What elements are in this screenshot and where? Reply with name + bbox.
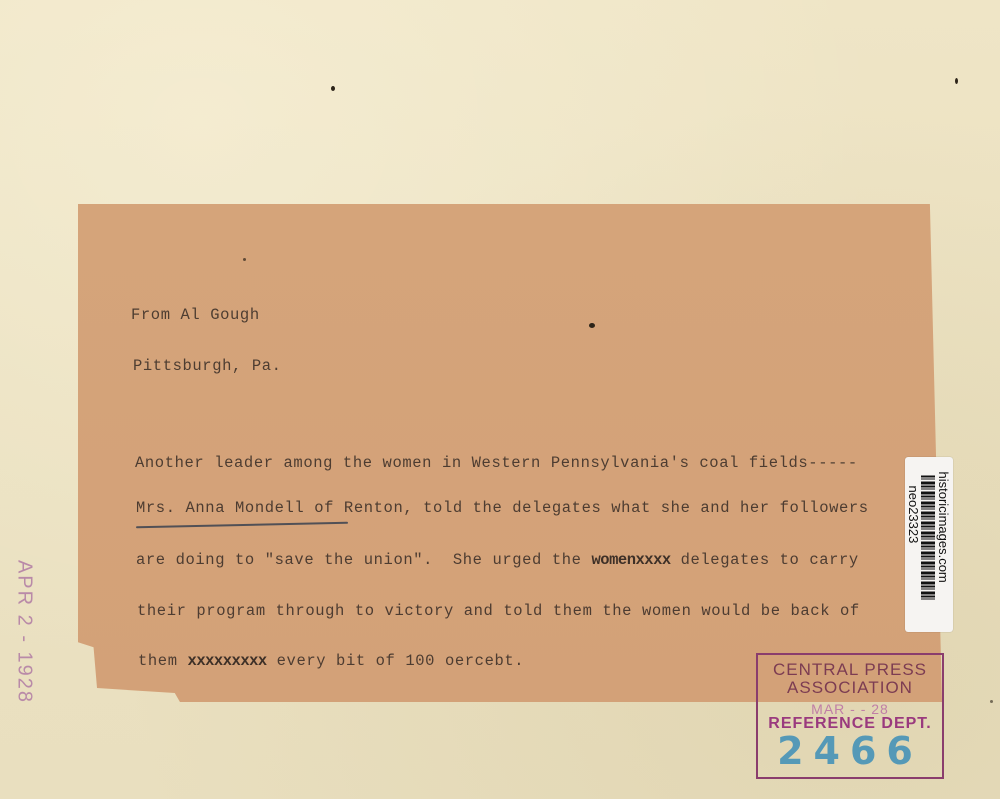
body-line-3-after: delegates to carry [671, 551, 859, 569]
reference-dept-stamp: CENTRAL PRESS ASSOCIATION MAR - - 28 REF… [756, 653, 944, 779]
body-line-3-before: are doing to "save the union". She urged… [136, 551, 591, 569]
date-stamp-text: APR 2 - 1928 [13, 560, 36, 704]
speck-mark [243, 258, 246, 261]
speck-mark [331, 86, 335, 91]
from-line: From Al Gough [131, 306, 260, 324]
struck-out-text: womenxxxx [591, 551, 670, 569]
speck-mark [990, 700, 993, 703]
body-line-4: their program through to victory and tol… [137, 602, 860, 620]
body-line-1: Another leader among the women in Wester… [135, 454, 858, 472]
body-line-3: are doing to "save the union". She urged… [136, 551, 859, 569]
sticker-id-label: neo23323 [906, 485, 921, 543]
speck-mark [955, 78, 958, 84]
body-line-5-before: them [138, 652, 188, 670]
body-line-5-after: every bit of 100 oercebt. [267, 652, 524, 670]
typed-note-paper [78, 204, 942, 702]
body-line-2: Mrs. Anna Mondell of Renton, told the de… [136, 499, 869, 517]
speck-mark [589, 323, 595, 328]
location-line: Pittsburgh, Pa. [133, 357, 282, 375]
stamp-line-2: ASSOCIATION [758, 679, 942, 697]
struck-out-text: xxxxxxxxx [188, 652, 267, 670]
received-date-stamp: APR 2 - 1928 [4, 562, 44, 702]
barcode-sticker: historicimages.com neo23323 [905, 457, 953, 632]
body-line-5: them xxxxxxxxx every bit of 100 oercebt. [138, 652, 524, 670]
sticker-site-label: historicimages.com [936, 471, 951, 582]
stamp-line-1: CENTRAL PRESS [758, 661, 942, 679]
handwritten-number: 2466 [758, 733, 942, 769]
barcode-icon [921, 475, 935, 600]
